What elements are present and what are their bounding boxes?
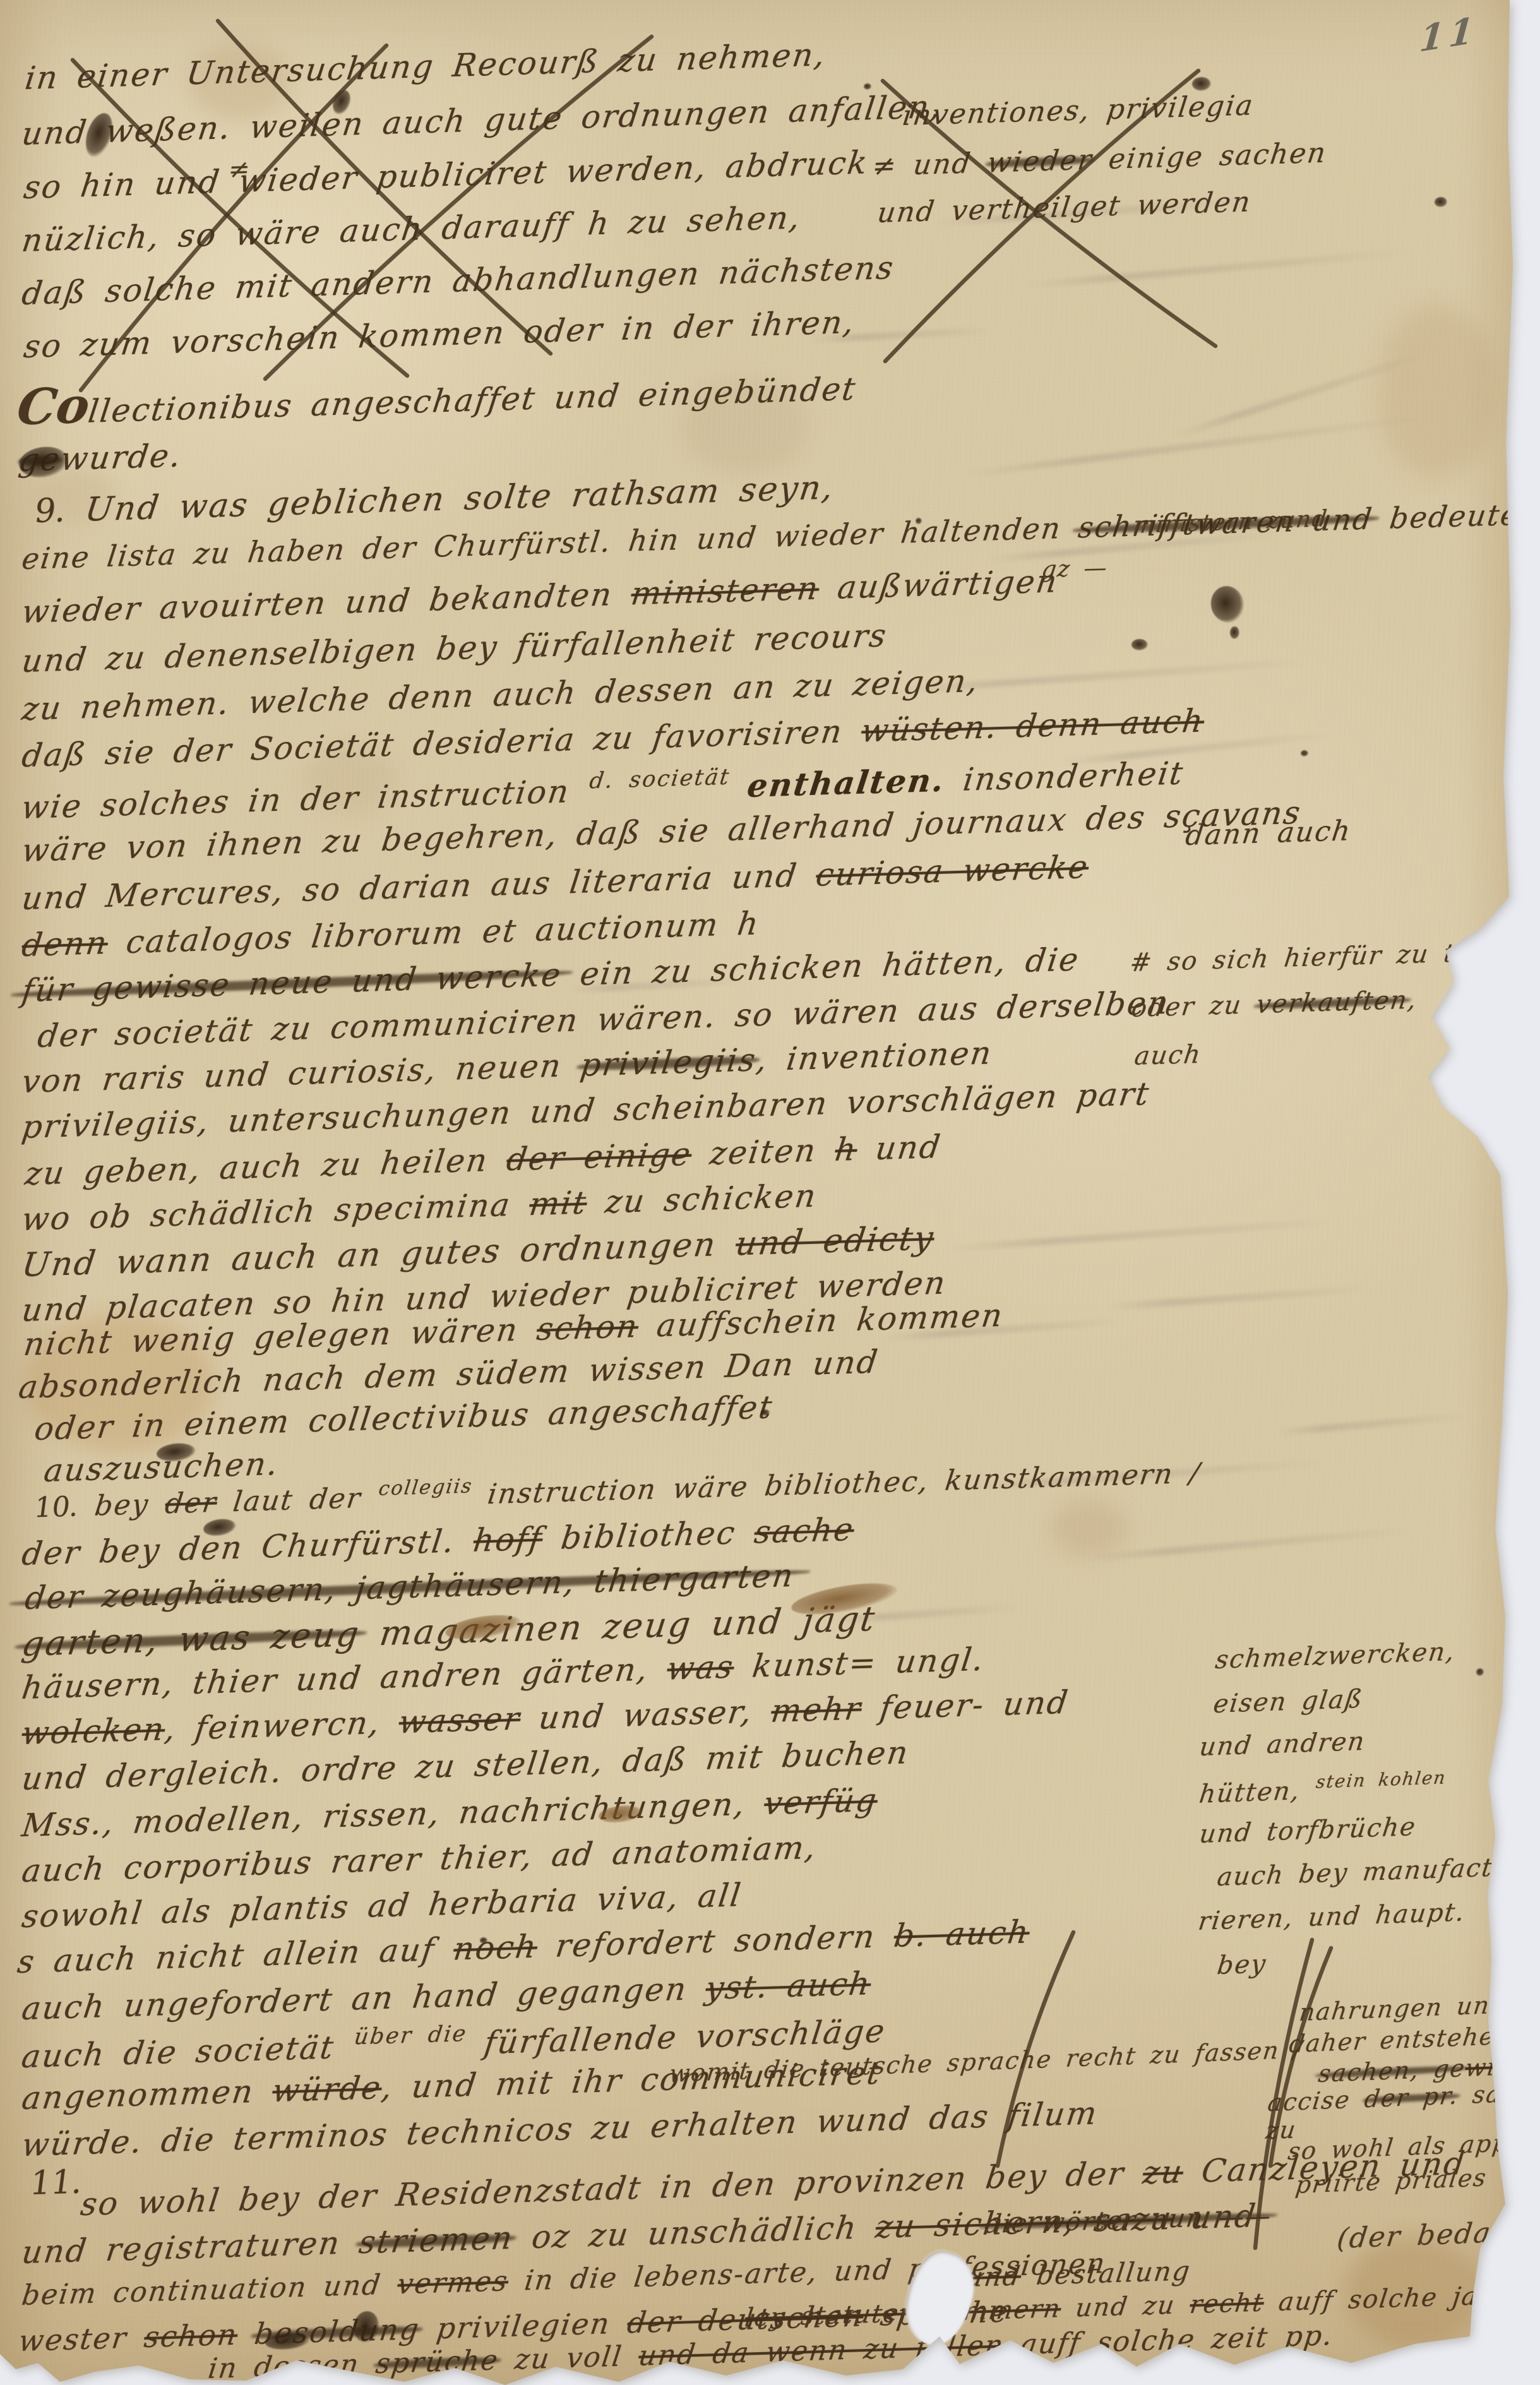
margin-note-line: auch	[1133, 1040, 1203, 1071]
ink-blot	[1192, 77, 1211, 91]
ink-blot	[761, 1409, 770, 1416]
manuscript-line: inventiones, privilegia	[901, 89, 1256, 132]
margin-note-line: so wohl als appro-	[1286, 2127, 1540, 2165]
manuscript-page: 11 in einer Untersuchung Recourß zu nehm…	[0, 0, 1540, 2385]
manuscript-line: 11.	[28, 2163, 85, 2203]
manuscript-line: und vertheilget werden	[876, 186, 1253, 229]
manuscript-line: so zum vorschein kommen oder in der ihre…	[21, 304, 857, 365]
margin-note-line: bey	[1215, 1949, 1268, 1980]
margin-note-line: rieren, und haupt.	[1197, 1898, 1467, 1936]
margin-note-line: eisen glaß	[1212, 1685, 1364, 1719]
page-number: 11	[1418, 9, 1481, 61]
ink-blot	[1301, 750, 1308, 756]
manuscript-line: daß solche mit andern abhandlungen nächs…	[20, 249, 897, 312]
bleed-through-mark	[1087, 1526, 1414, 1562]
manuscript-line: so hin und wieder publiciret werden, abd…	[21, 144, 871, 206]
margin-note-line: und andren	[1198, 1727, 1367, 1762]
bleed-through-mark	[1105, 1285, 1370, 1310]
margin-note-line: nahrungen und	[1298, 1990, 1508, 2026]
ink-blot	[1476, 1668, 1484, 1676]
ink-blot	[1131, 639, 1148, 650]
margin-note-line: oder zu verkauften,	[1130, 985, 1419, 1023]
ink-blot	[480, 1937, 487, 1944]
interline-insert: ≠	[227, 155, 253, 184]
margin-note-line: accise der pr. sachen	[1266, 2077, 1540, 2117]
manuscript-line: dann auch	[1184, 815, 1354, 852]
ink-blot	[916, 518, 922, 524]
margin-note-line: # so sich hierfür zu thun,	[1128, 937, 1519, 977]
ink-blot	[1435, 197, 1447, 207]
bleed-through-mark	[1024, 248, 1414, 289]
margin-note-line: auch bey manufactu	[1215, 1853, 1512, 1892]
margin-note-line: schmelzwercken,	[1214, 1637, 1457, 1675]
bleed-through-mark	[947, 1217, 1338, 1252]
bleed-through-mark	[1275, 1413, 1465, 1436]
margin-note-line: und torfbrüche	[1198, 1812, 1418, 1849]
margin-note-line: hütten, stein kohlen	[1198, 1767, 1448, 1809]
manuscript-line: wieder avouirten und bekandten ministere…	[20, 563, 1060, 630]
ink-blot	[1230, 626, 1239, 639]
ink-blot	[864, 83, 871, 90]
scan-background: 11 in einer Untersuchung Recourß zu nehm…	[0, 0, 1540, 2385]
stain	[1051, 1500, 1127, 1557]
ink-blot	[1208, 583, 1248, 626]
stain	[1376, 303, 1496, 480]
bleed-through-mark	[961, 413, 1438, 479]
manuscript-line: nüzlich, so wäre auch darauff h zu sehen…	[20, 199, 803, 259]
manuscript-line: in einer Untersuchung Recourß zu nehmen,	[23, 36, 828, 97]
margin-note-line: (der bedanck.	[1335, 2215, 1540, 2256]
manuscript-line: und weßen. weilen auch gute ordnungen an…	[20, 88, 944, 152]
margin-note-line: daher entstehende	[1287, 2020, 1540, 2058]
manuscript-line: ≠ und wieder einige sachen	[871, 137, 1329, 183]
